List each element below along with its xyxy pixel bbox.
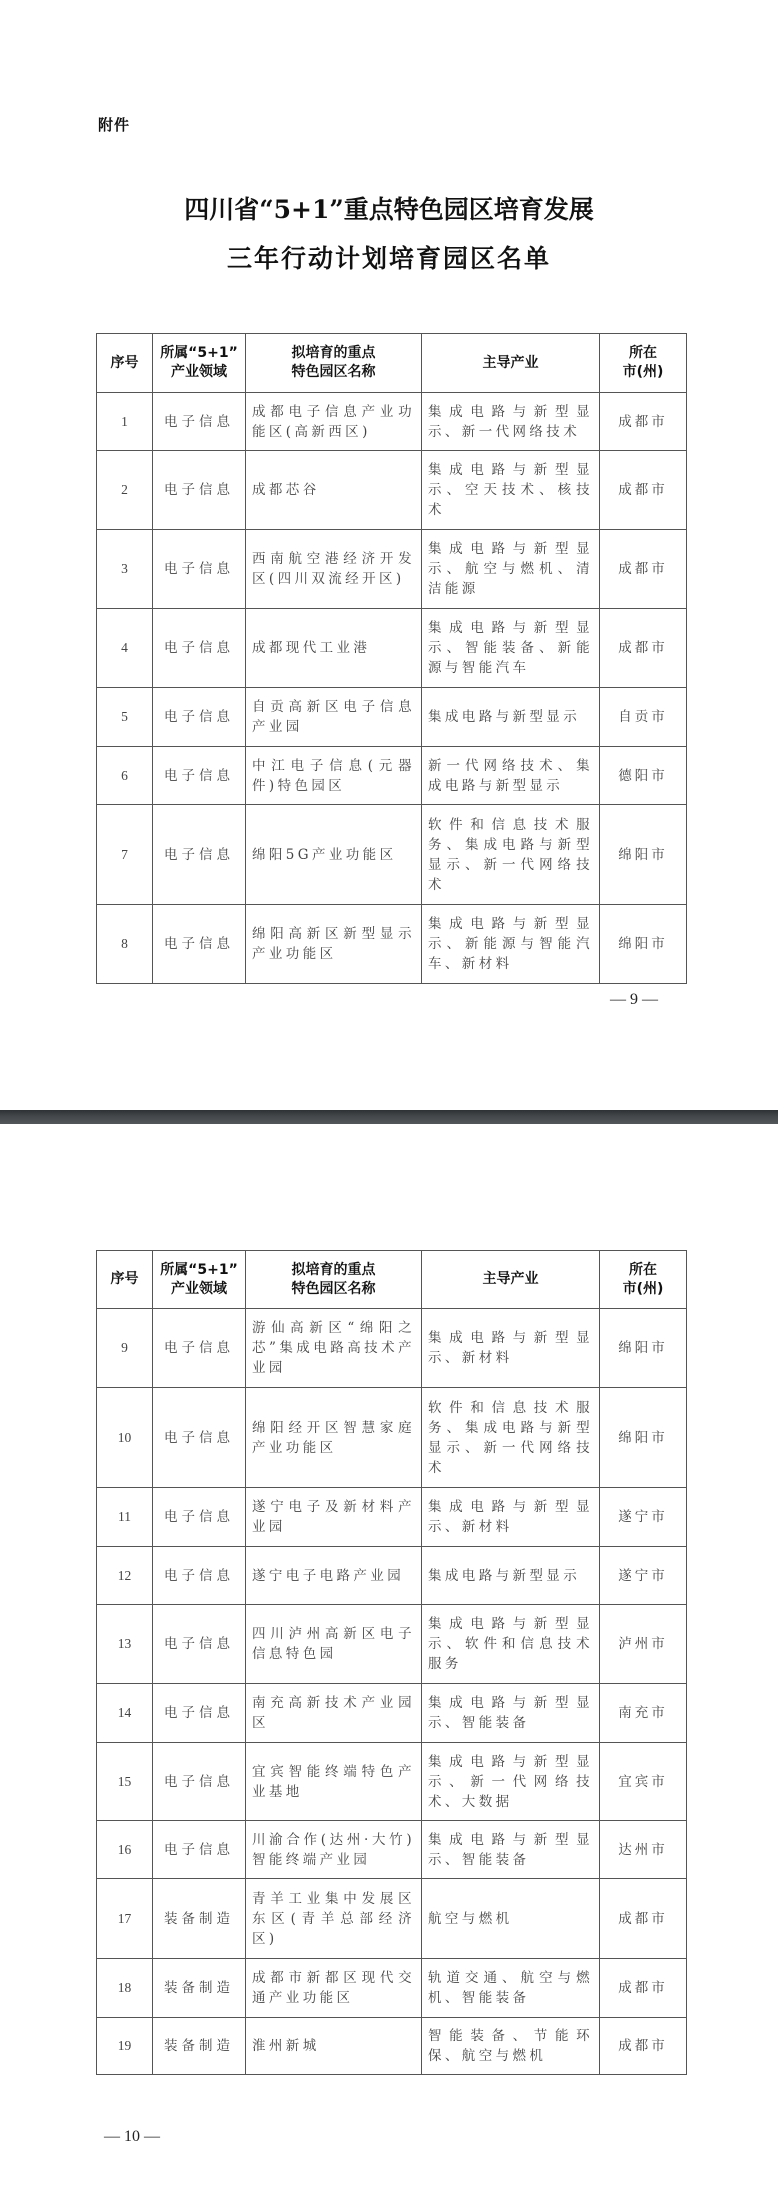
header-domain: 所属“5+1”产业领域 [153, 1251, 246, 1309]
row-no: 6 [97, 747, 153, 805]
row-park-name: 淮州新城 [246, 2018, 422, 2075]
row-domain: 电子信息 [153, 1547, 246, 1605]
row-park-name: 自贡高新区电子信息产业园 [246, 688, 422, 747]
row-industry: 软件和信息技术服务、集成电路与新型显示、新一代网络技术 [422, 805, 600, 905]
header-city: 所在市(州) [600, 1251, 687, 1309]
table-row: 18 装备制造 成都市新都区现代交通产业功能区 轨道交通、航空与燃机、智能装备 … [97, 1959, 687, 2018]
header-city-line2: 市(州) [602, 1280, 684, 1299]
page-10: 序号 所属“5+1”产业领域 拟培育的重点特色园区名称 主导产业 所在市(州) … [0, 1124, 778, 2190]
document-title-line-2: 三年行动计划培育园区名单 [0, 246, 778, 272]
header-park-line1: 拟培育的重点 [248, 1261, 419, 1280]
header-industry: 主导产业 [422, 334, 600, 393]
row-industry: 集成电路与新型显示、智能装备 [422, 1684, 600, 1743]
row-park-name: 游仙高新区“绵阳之芯”集成电路高技术产业园 [246, 1309, 422, 1388]
row-domain: 电子信息 [153, 905, 246, 984]
header-industry: 主导产业 [422, 1251, 600, 1309]
row-industry: 集成电路与新型显示 [422, 688, 600, 747]
row-domain: 电子信息 [153, 747, 246, 805]
row-no: 3 [97, 530, 153, 609]
row-no: 15 [97, 1743, 153, 1821]
row-no: 2 [97, 451, 153, 530]
row-city: 绵阳市 [600, 1309, 687, 1388]
row-city: 泸州市 [600, 1605, 687, 1684]
row-industry: 轨道交通、航空与燃机、智能装备 [422, 1959, 600, 2018]
table-row: 7 电子信息 绵阳5G产业功能区 软件和信息技术服务、集成电路与新型显示、新一代… [97, 805, 687, 905]
row-city: 成都市 [600, 1959, 687, 2018]
parks-table-page-9: 序号 所属“5+1”产业领域 拟培育的重点特色园区名称 主导产业 所在市(州) … [96, 333, 687, 984]
row-no: 16 [97, 1821, 153, 1879]
row-park-name: 成都电子信息产业功能区(高新西区) [246, 393, 422, 451]
row-no: 9 [97, 1309, 153, 1388]
row-park-name: 绵阳经开区智慧家庭产业功能区 [246, 1388, 422, 1488]
table-row: 16 电子信息 川渝合作(达州·大竹)智能终端产业园 集成电路与新型显示、智能装… [97, 1821, 687, 1879]
row-no: 8 [97, 905, 153, 984]
row-park-name: 成都芯谷 [246, 451, 422, 530]
table-row: 6 电子信息 中江电子信息(元器件)特色园区 新一代网络技术、集成电路与新型显示… [97, 747, 687, 805]
table-row: 14 电子信息 南充高新技术产业园区 集成电路与新型显示、智能装备 南充市 [97, 1684, 687, 1743]
row-industry: 集成电路与新型显示、航空与燃机、清洁能源 [422, 530, 600, 609]
row-city: 绵阳市 [600, 905, 687, 984]
table-row: 15 电子信息 宜宾智能终端特色产业基地 集成电路与新型显示、新一代网络技术、大… [97, 1743, 687, 1821]
row-industry: 集成电路与新型显示、新能源与智能汽车、新材料 [422, 905, 600, 984]
header-domain-line2: 产业领域 [155, 1280, 243, 1299]
table-row: 8 电子信息 绵阳高新区新型显示产业功能区 集成电路与新型显示、新能源与智能汽车… [97, 905, 687, 984]
page-number: — 9 — [610, 991, 658, 1009]
row-domain: 电子信息 [153, 1388, 246, 1488]
row-city: 遂宁市 [600, 1547, 687, 1605]
row-city: 成都市 [600, 393, 687, 451]
table-row: 3 电子信息 西南航空港经济开发区(四川双流经开区) 集成电路与新型显示、航空与… [97, 530, 687, 609]
row-domain: 电子信息 [153, 609, 246, 688]
table-row: 13 电子信息 四川泸州高新区电子信息特色园 集成电路与新型显示、软件和信息技术… [97, 1605, 687, 1684]
row-industry: 集成电路与新型显示、智能装备、新能源与智能汽车 [422, 609, 600, 688]
row-no: 18 [97, 1959, 153, 2018]
row-no: 19 [97, 2018, 153, 2075]
row-no: 10 [97, 1388, 153, 1488]
row-park-name: 中江电子信息(元器件)特色园区 [246, 747, 422, 805]
parks-table-page-10: 序号 所属“5+1”产业领域 拟培育的重点特色园区名称 主导产业 所在市(州) … [96, 1250, 687, 2075]
header-domain-line1: 所属“5+1” [155, 344, 243, 363]
row-city: 成都市 [600, 609, 687, 688]
table-header-row: 序号 所属“5+1”产业领域 拟培育的重点特色园区名称 主导产业 所在市(州) [97, 1251, 687, 1309]
table-row: 4 电子信息 成都现代工业港 集成电路与新型显示、智能装备、新能源与智能汽车 成… [97, 609, 687, 688]
page-number: — 10 — [104, 2128, 160, 2146]
row-park-name: 遂宁电子及新材料产业园 [246, 1488, 422, 1547]
table-header-row: 序号 所属“5+1”产业领域 拟培育的重点特色园区名称 主导产业 所在市(州) [97, 334, 687, 393]
header-domain: 所属“5+1”产业领域 [153, 334, 246, 393]
row-domain: 电子信息 [153, 530, 246, 609]
row-park-name: 川渝合作(达州·大竹)智能终端产业园 [246, 1821, 422, 1879]
header-park-name: 拟培育的重点特色园区名称 [246, 334, 422, 393]
row-no: 13 [97, 1605, 153, 1684]
row-domain: 电子信息 [153, 1488, 246, 1547]
table-row: 10 电子信息 绵阳经开区智慧家庭产业功能区 软件和信息技术服务、集成电路与新型… [97, 1388, 687, 1488]
row-park-name: 宜宾智能终端特色产业基地 [246, 1743, 422, 1821]
row-domain: 电子信息 [153, 393, 246, 451]
row-no: 17 [97, 1879, 153, 1959]
page-divider [0, 1110, 778, 1124]
header-domain-line1: 所属“5+1” [155, 1261, 243, 1280]
row-domain: 装备制造 [153, 2018, 246, 2075]
row-city: 自贡市 [600, 688, 687, 747]
row-no: 4 [97, 609, 153, 688]
row-industry: 集成电路与新型显示、新材料 [422, 1488, 600, 1547]
row-park-name: 遂宁电子电路产业园 [246, 1547, 422, 1605]
row-city: 成都市 [600, 530, 687, 609]
row-domain: 电子信息 [153, 1821, 246, 1879]
row-park-name: 成都市新都区现代交通产业功能区 [246, 1959, 422, 2018]
row-industry: 集成电路与新型显示、空天技术、核技术 [422, 451, 600, 530]
header-no: 序号 [97, 334, 153, 393]
table-row: 11 电子信息 遂宁电子及新材料产业园 集成电路与新型显示、新材料 遂宁市 [97, 1488, 687, 1547]
row-no: 1 [97, 393, 153, 451]
header-city-line2: 市(州) [602, 363, 684, 382]
table-row: 17 装备制造 青羊工业集中发展区东区(青羊总部经济区) 航空与燃机 成都市 [97, 1879, 687, 1959]
header-domain-line2: 产业领域 [155, 363, 243, 382]
attachment-label: 附件 [98, 114, 130, 135]
row-industry: 智能装备、节能环保、航空与燃机 [422, 2018, 600, 2075]
row-city: 绵阳市 [600, 1388, 687, 1488]
row-industry: 集成电路与新型显示、智能装备 [422, 1821, 600, 1879]
row-industry: 集成电路与新型显示、新一代网络技术、大数据 [422, 1743, 600, 1821]
row-industry: 集成电路与新型显示、新一代网络技术 [422, 393, 600, 451]
row-domain: 电子信息 [153, 1605, 246, 1684]
header-city: 所在市(州) [600, 334, 687, 393]
page-9: 附件 四川省“5+1”重点特色园区培育发展 三年行动计划培育园区名单 序号 所属… [0, 0, 778, 1110]
row-park-name: 青羊工业集中发展区东区(青羊总部经济区) [246, 1879, 422, 1959]
header-park-name: 拟培育的重点特色园区名称 [246, 1251, 422, 1309]
row-no: 12 [97, 1547, 153, 1605]
row-city: 德阳市 [600, 747, 687, 805]
row-park-name: 南充高新技术产业园区 [246, 1684, 422, 1743]
row-domain: 装备制造 [153, 1959, 246, 2018]
table-row: 1 电子信息 成都电子信息产业功能区(高新西区) 集成电路与新型显示、新一代网络… [97, 393, 687, 451]
row-domain: 电子信息 [153, 451, 246, 530]
row-domain: 电子信息 [153, 1309, 246, 1388]
row-no: 11 [97, 1488, 153, 1547]
row-no: 5 [97, 688, 153, 747]
row-city: 成都市 [600, 2018, 687, 2075]
document-title-line-1: 四川省“5+1”重点特色园区培育发展 [0, 197, 778, 223]
row-city: 遂宁市 [600, 1488, 687, 1547]
row-industry: 航空与燃机 [422, 1879, 600, 1959]
row-city: 成都市 [600, 1879, 687, 1959]
table-row: 12 电子信息 遂宁电子电路产业园 集成电路与新型显示 遂宁市 [97, 1547, 687, 1605]
row-city: 成都市 [600, 451, 687, 530]
table-row: 5 电子信息 自贡高新区电子信息产业园 集成电路与新型显示 自贡市 [97, 688, 687, 747]
row-domain: 电子信息 [153, 805, 246, 905]
row-domain: 电子信息 [153, 1684, 246, 1743]
row-park-name: 西南航空港经济开发区(四川双流经开区) [246, 530, 422, 609]
header-park-line2: 特色园区名称 [248, 1280, 419, 1299]
row-city: 绵阳市 [600, 805, 687, 905]
row-industry: 集成电路与新型显示、软件和信息技术服务 [422, 1605, 600, 1684]
header-park-line1: 拟培育的重点 [248, 344, 419, 363]
row-domain: 电子信息 [153, 688, 246, 747]
header-city-line1: 所在 [602, 1261, 684, 1280]
row-no: 7 [97, 805, 153, 905]
row-industry: 新一代网络技术、集成电路与新型显示 [422, 747, 600, 805]
table-row: 9 电子信息 游仙高新区“绵阳之芯”集成电路高技术产业园 集成电路与新型显示、新… [97, 1309, 687, 1388]
row-park-name: 四川泸州高新区电子信息特色园 [246, 1605, 422, 1684]
row-city: 达州市 [600, 1821, 687, 1879]
row-industry: 软件和信息技术服务、集成电路与新型显示、新一代网络技术 [422, 1388, 600, 1488]
row-industry: 集成电路与新型显示 [422, 1547, 600, 1605]
row-city: 南充市 [600, 1684, 687, 1743]
row-park-name: 绵阳5G产业功能区 [246, 805, 422, 905]
header-city-line1: 所在 [602, 344, 684, 363]
row-park-name: 成都现代工业港 [246, 609, 422, 688]
row-domain: 装备制造 [153, 1879, 246, 1959]
row-city: 宜宾市 [600, 1743, 687, 1821]
row-domain: 电子信息 [153, 1743, 246, 1821]
row-industry: 集成电路与新型显示、新材料 [422, 1309, 600, 1388]
row-park-name: 绵阳高新区新型显示产业功能区 [246, 905, 422, 984]
header-park-line2: 特色园区名称 [248, 363, 419, 382]
table-row: 19 装备制造 淮州新城 智能装备、节能环保、航空与燃机 成都市 [97, 2018, 687, 2075]
row-no: 14 [97, 1684, 153, 1743]
table-row: 2 电子信息 成都芯谷 集成电路与新型显示、空天技术、核技术 成都市 [97, 451, 687, 530]
header-no: 序号 [97, 1251, 153, 1309]
